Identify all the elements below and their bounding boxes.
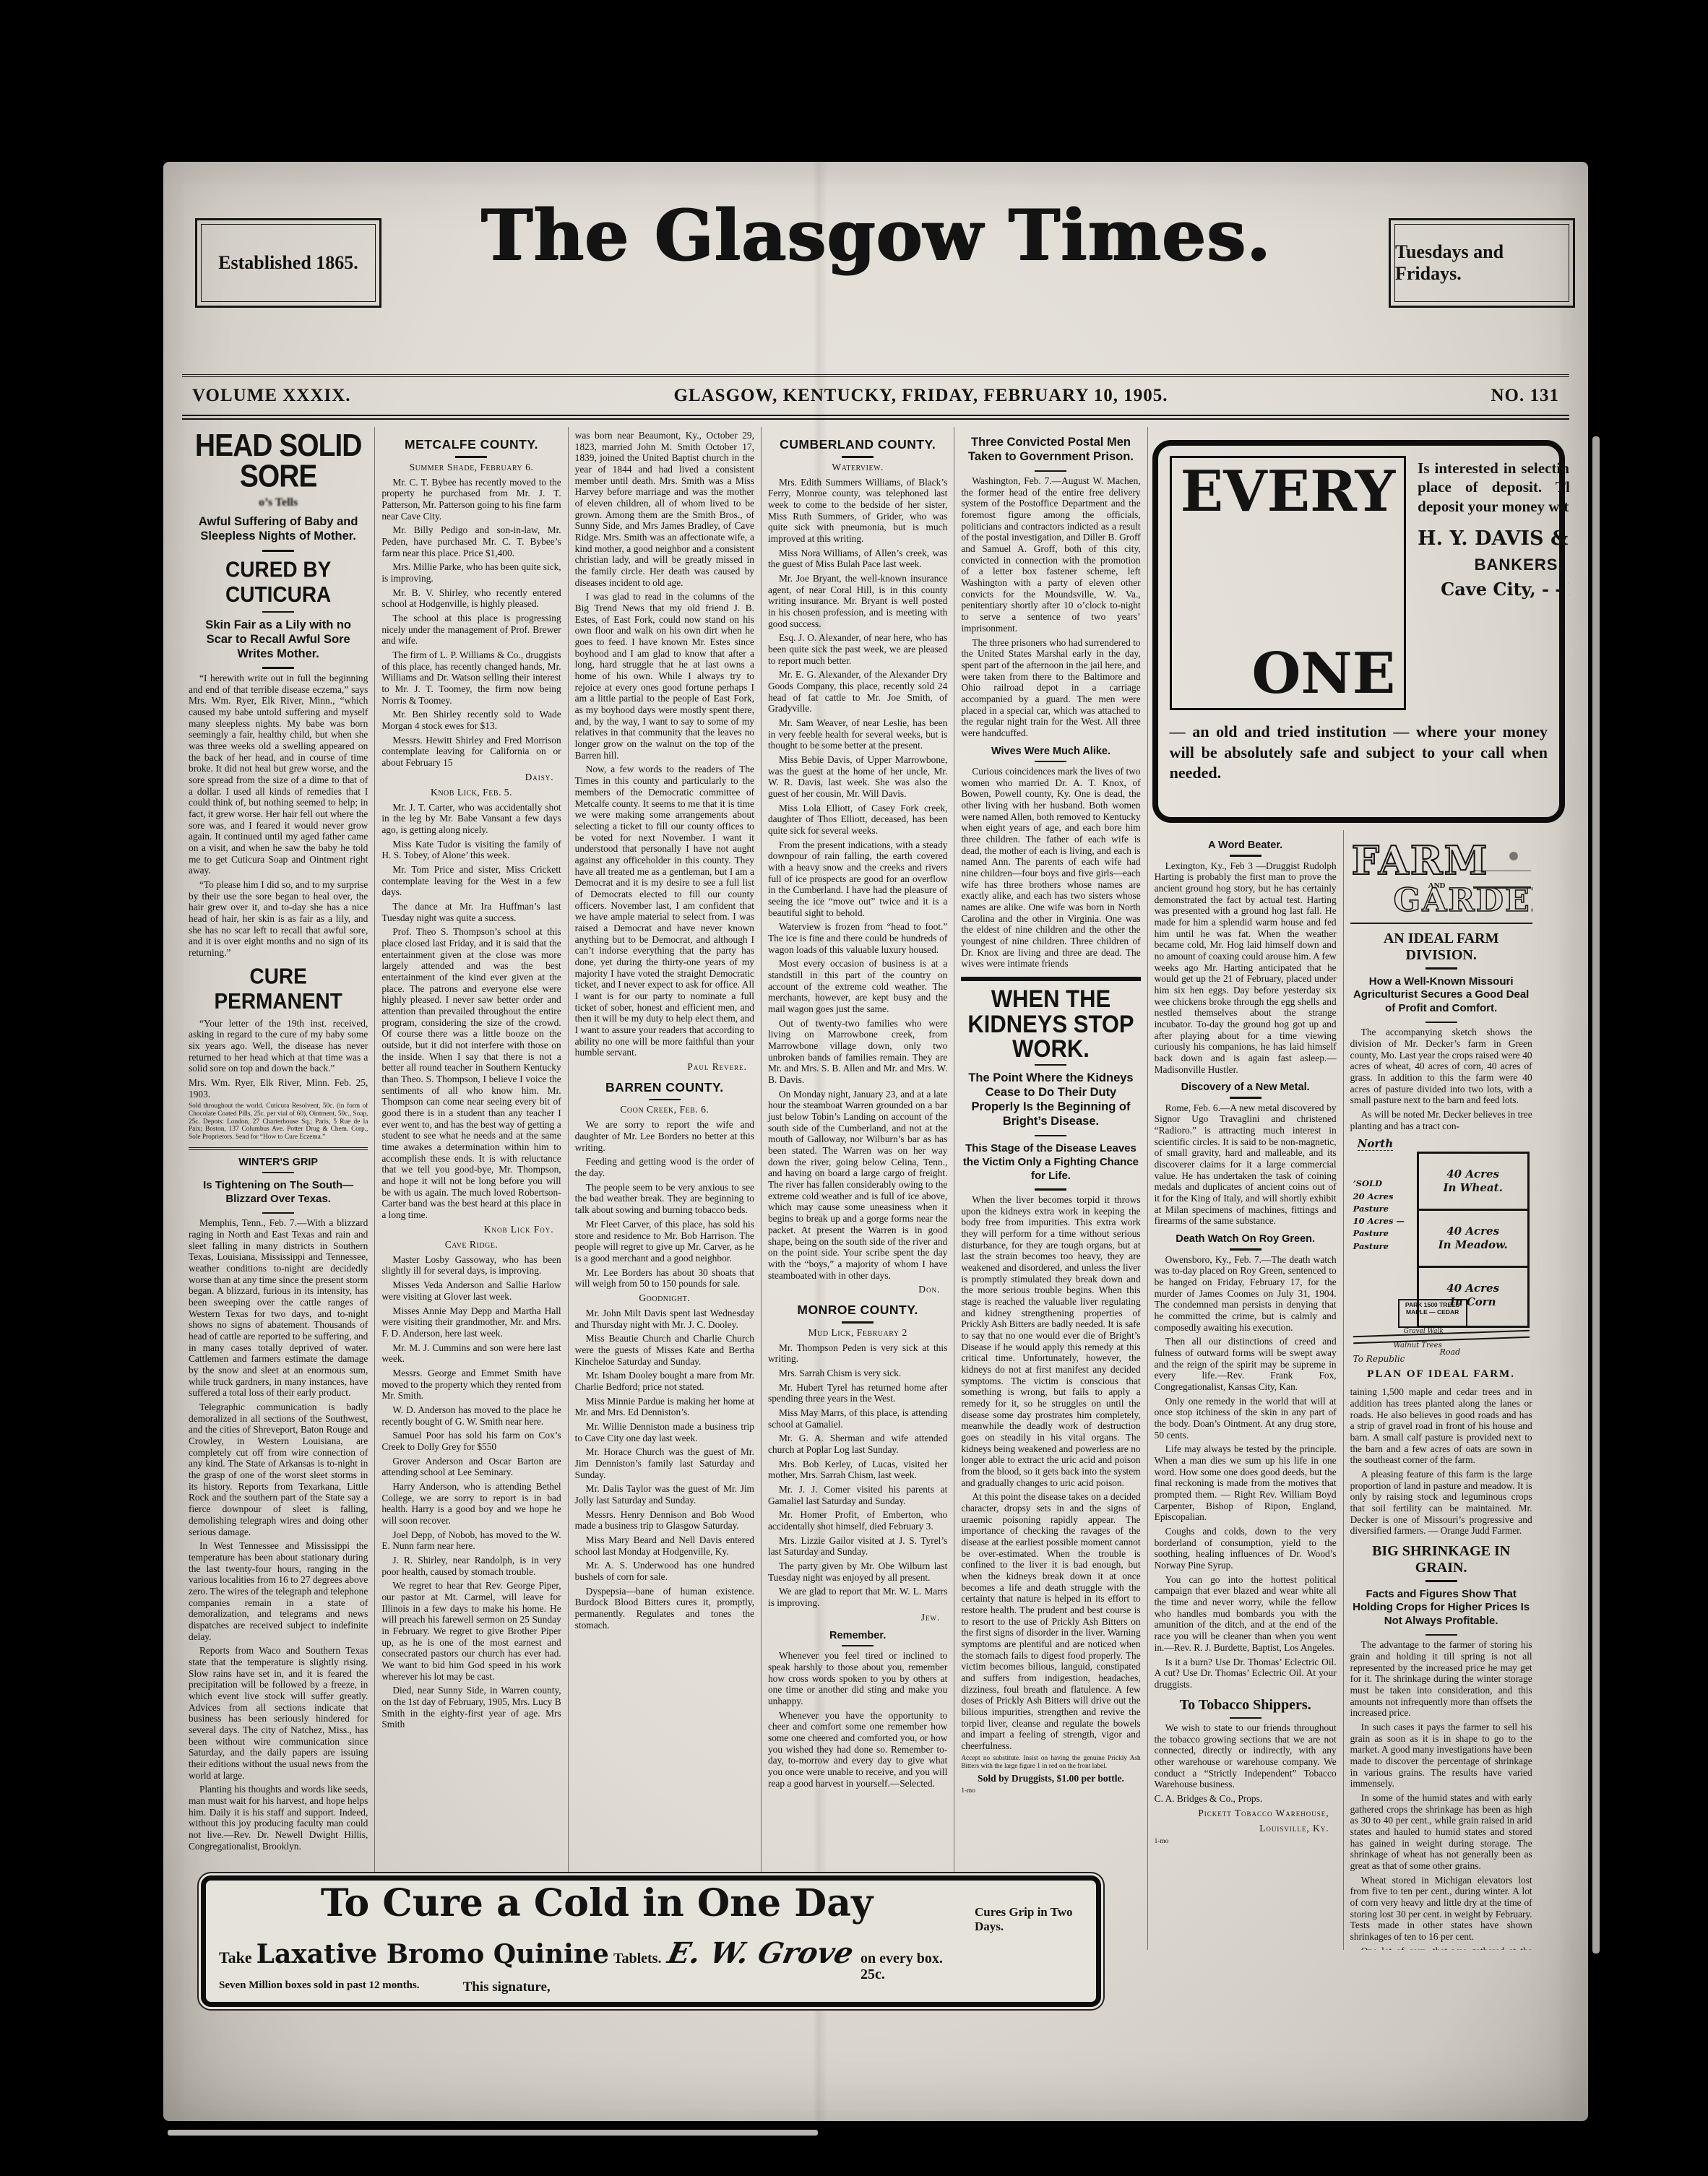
article-paragraph: Coughs and colds, down to the very borde… — [1155, 1526, 1337, 1571]
article-paragraph-continuation: Mrs. Wm. Ryer, Elk River, Minn. Feb. 25,… — [189, 1077, 368, 1100]
divider-dash — [1230, 1248, 1261, 1251]
community-dateline: Cave Ridge. — [381, 1239, 561, 1251]
bank-role: BANKERS, — [1418, 556, 1569, 574]
article-paragraph: Messrs. George and Emmet Smith have move… — [381, 1368, 561, 1402]
fine-print: Accept no substitute. Insist on having t… — [961, 1755, 1140, 1770]
meadow-field-acres: 40 Acres — [1446, 1225, 1499, 1239]
divider-dash — [842, 1645, 874, 1647]
park-trees-label: PARK 1500 TREES MAPLE — CEDAR — [1398, 1299, 1467, 1328]
article-paragraph: Mr. Dalis Taylor was the guest of Mr. Ji… — [575, 1483, 754, 1506]
article-paragraph: The advantage to the farmer of storing h… — [1350, 1639, 1532, 1719]
photographed-newspaper-page: { "masthead": { "established": "Establis… — [0, 0, 1708, 2176]
bromo-take: Take — [219, 1948, 252, 1967]
article-paragraph: From the present indications, with a ste… — [768, 839, 947, 919]
article-deck-secondary: This Stage of the Disease Leaves the Vic… — [962, 1142, 1139, 1183]
kidneys-ad-headline: WHEN THE KIDNEYS STOP WORK. — [961, 986, 1140, 1061]
article-paragraph: At this point the disease takes on a dec… — [961, 1491, 1140, 1751]
article-paragraph: Mr. C. T. Bybee has recently moved to th… — [381, 477, 561, 522]
correspondent-signature: Paul Revere. — [575, 1061, 754, 1073]
article-paragraph: Only one remedy in the world that will a… — [1155, 1396, 1337, 1441]
article-paragraph: Mr. G. A. Sherman and wife attended chur… — [768, 1433, 947, 1455]
article-paragraph: Joel Depp, of Nobob, has moved to the W.… — [381, 1529, 561, 1552]
county-section-heading: MONROE COUNTY. — [768, 1303, 947, 1318]
divider-dash — [1426, 967, 1457, 970]
bromo-price: on every box. 25c. — [861, 1951, 969, 1982]
county-section-heading: CUMBERLAND COUNTY. — [768, 437, 947, 452]
farm-word: FARM — [1352, 837, 1489, 884]
item-heading-serif: To Tobacco Shippers. — [1155, 1697, 1337, 1714]
gravel-walk-label: Gravel Walk — [1404, 1328, 1444, 1335]
article-paragraph: Miss May Marrs, of this place, is attend… — [768, 1407, 947, 1430]
masthead: Established 1865. The Glasgow Times. Tue… — [163, 162, 1588, 364]
bromo-row1: To Cure a Cold in One Day Cures Grip in … — [219, 1885, 1083, 1935]
to-republic-label: To Republic — [1353, 1354, 1405, 1364]
fine-print: 1-mo — [1155, 1838, 1337, 1846]
meadow-field: 40 AcresIn Meadow. — [1419, 1211, 1527, 1268]
bank-city: Cave City, - - Ky. — [1418, 579, 1569, 600]
article-paragraph: I was glad to read in the columns of the… — [575, 591, 754, 761]
farm-and-garden-masthead: FARMandGARDEN — [1350, 837, 1532, 924]
article-paragraph: Reports from Waco and Southern Texas sta… — [189, 1645, 368, 1781]
article-deck: Awful Suffering of Baby and Sleepless Ni… — [191, 515, 365, 544]
wheat-field: 40 AcresIn Wheat. — [1419, 1154, 1527, 1211]
article-serif-headline: AN IDEAL FARM DIVISION. — [1350, 931, 1532, 964]
bank-ad: EVERY ONE Is interested in selecting a s… — [1152, 440, 1565, 823]
article-paragraph-continuation: C. A. Bridges & Co., Props. — [1155, 1793, 1337, 1805]
article-paragraph: Memphis, Tenn., Feb. 7.—With a blizzard … — [189, 1217, 368, 1399]
article-paragraph: Misses Annie May Depp and Martha Hall we… — [381, 1305, 561, 1339]
issue-number: NO. 131 — [1491, 386, 1570, 406]
article-paragraph: Whenever you feel tired or inclined to s… — [768, 1650, 947, 1706]
article-paragraph: Messrs. Hewitt Shirley and Fred Morrison… — [381, 735, 561, 769]
article-paragraph: Misses Veda Anderson and Sallie Harlow w… — [381, 1279, 561, 1302]
bromo-seven-million: Seven Million boxes sold in past 12 mont… — [219, 1979, 420, 1995]
article-deck: Skin Fair as a Lily with no Scar to Reca… — [191, 618, 365, 661]
schedule-box: Tuesdays and Fridays. — [1389, 218, 1575, 308]
article-paragraph: One lot of corn, that was gathered at th… — [1350, 1946, 1532, 1950]
article-paragraph: A pleasing feature of this farm is the l… — [1350, 1469, 1532, 1537]
article-paragraph: The accompanying sketch shows the divisi… — [1350, 1027, 1532, 1106]
article-paragraph: Mrs. Lizzie Gailor visited at J. S. Tyre… — [768, 1535, 947, 1558]
divider-dash — [1035, 1064, 1066, 1066]
divider-dash — [262, 1172, 294, 1174]
column-7: FARMandGARDENAN IDEAL FARM DIVISION.How … — [1344, 830, 1539, 1950]
article-paragraph: Mrs. Sarrah Chism is very sick. — [768, 1368, 947, 1379]
community-dateline: Summer Shade, February 6. — [381, 462, 561, 473]
county-section-heading: BARREN COUNTY. — [575, 1080, 754, 1095]
page-edge-highlight — [1592, 436, 1600, 1953]
corn-field-acres: 40 Acres — [1446, 1282, 1499, 1296]
divider-dash — [1035, 1188, 1066, 1191]
issue-dateline: GLASGOW, KENTUCKY, FRIDAY, FEBRUARY 10, … — [350, 386, 1491, 406]
article-paragraph: Mr. Tom Price and sister, Miss Crickett … — [381, 864, 561, 898]
column-1: HEAD SOLID SOREo’s TellsAwful Suffering … — [182, 427, 375, 1950]
item-heading: A Word Beater. — [1155, 839, 1337, 851]
farm-sketch-icon — [1473, 843, 1531, 889]
road-label: Road — [1440, 1347, 1461, 1357]
article-paragraph: Mr. Billy Pedigo and son-in-law, Mr. Ped… — [381, 524, 561, 558]
right-section: EVERY ONE Is interested in selecting a s… — [1148, 427, 1569, 1950]
fine-print: 1-mo — [961, 1787, 1140, 1795]
article-paragraph: Lexington, Ky., Feb 3 —Druggist Rudolph … — [1155, 860, 1337, 1076]
article-paragraph: We wish to state to our friends througho… — [1155, 1722, 1337, 1790]
article-paragraph: Samuel Poor has sold his farm on Cox’s C… — [381, 1430, 561, 1452]
article-paragraph: Mr. Joe Bryant, the well-known insurance… — [768, 573, 947, 629]
divider-dash — [262, 1212, 294, 1214]
divider-dash — [1230, 1097, 1261, 1099]
article-paragraph: Now, a few words to the readers of The T… — [575, 764, 754, 1058]
community-dateline: Waterview. — [768, 462, 947, 473]
pasture-10-label: 10 Acres — Pasture — [1353, 1215, 1414, 1240]
article-paragraph: Harry Anderson, who is attending Bethel … — [381, 1481, 561, 1527]
established-label: Established 1865. — [201, 224, 376, 302]
item-heading: Death Watch On Roy Green. — [1155, 1233, 1337, 1245]
article-paragraph: We regret to hear that Rev. George Piper… — [381, 1580, 561, 1682]
divider-double-rule — [189, 1147, 368, 1150]
article-paragraph: Mr. J. T. Carter, who was accidentally s… — [381, 802, 561, 836]
article-paragraph: Miss Nora Williams, of Allen’s creek, wa… — [768, 548, 947, 570]
divider-dash — [1035, 761, 1066, 763]
divider-dash — [1035, 470, 1066, 472]
bold-note: Sold by Druggists, $1.00 per bottle. — [961, 1773, 1140, 1784]
article-paragraph: Whenever you have the opportunity to che… — [768, 1710, 947, 1789]
divider-dash — [1426, 1022, 1457, 1024]
article-paragraph: J. R. Shirley, near Randolph, is in very… — [381, 1555, 561, 1577]
bank-ad-top: EVERY ONE Is interested in selecting a s… — [1170, 456, 1548, 710]
article-paragraph: We are glad to report that Mr. W. L. Mar… — [768, 1586, 947, 1608]
bromo-quinine-ad: To Cure a Cold in One Day Cures Grip in … — [201, 1875, 1101, 2007]
divider-dash — [1230, 1717, 1261, 1719]
article-paragraph: As will be noted Mr. Decker believes in … — [1350, 1109, 1532, 1131]
article-paragraph: W. D. Anderson has moved to the place he… — [381, 1404, 561, 1427]
article-paragraph: Is it a burn? Use Dr. Thomas’ Eclectric … — [1155, 1657, 1337, 1691]
article-paragraph: Mr. E. G. Alexander, of the Alexander Dr… — [768, 669, 947, 714]
article-subheadline: CURE PERMANENT — [189, 964, 368, 1014]
column-5: Three Convicted Postal Men Taken to Gove… — [954, 427, 1147, 1950]
farm-plan-left-labels: ’SOLD20 Acres Pasture10 Acres — PastureP… — [1353, 1178, 1414, 1253]
article-paragraph: Miss Kate Tudor is visiting the family o… — [381, 839, 561, 861]
article-paragraph: Washington, Feb. 7.—August W. Machen, th… — [961, 475, 1140, 634]
article-headline: HEAD SOLID SORE — [189, 431, 368, 493]
article-paragraph: Miss Beautie Church and Charlie Church w… — [575, 1333, 754, 1367]
right-columns: A Word Beater.Lexington, Ky., Feb 3 —Dru… — [1148, 830, 1569, 1950]
bromo-title: To Cure a Cold in One Day — [219, 1885, 975, 1922]
bank-ad-everyone-box: EVERY ONE — [1170, 456, 1407, 710]
article-paragraph: Grover Anderson and Oscar Barton are att… — [381, 1456, 561, 1478]
article-paragraph: Mrs. Millie Parke, who has been quite si… — [381, 561, 561, 584]
article-deck-secondary: Facts and Figures Show That Holding Crop… — [1352, 1588, 1531, 1628]
item-heading: WINTER'S GRIP — [189, 1157, 368, 1168]
article-paragraph: Owensboro, Ky., Feb. 7.—The death watch … — [1155, 1254, 1337, 1334]
article-subheadline: CURED BY CUTICURA — [189, 557, 368, 607]
correspondent-signature: Pickett Tobacco Warehouse, — [1155, 1808, 1337, 1819]
article-paragraph: Mr. A. S. Underwood has one hundred bush… — [575, 1560, 754, 1582]
article-paragraph: The three prisoners who had surrendered … — [961, 637, 1140, 739]
article-paragraph: Died, near Sunny Side, in Warren county,… — [381, 1685, 561, 1730]
column-4: CUMBERLAND COUNTY.Waterview.Mrs. Edith S… — [762, 427, 954, 1950]
article-paragraph: Mr. Hubert Tyrel has returned home after… — [768, 1382, 947, 1404]
article-paragraph: The firm of L. P. Williams & Co., druggi… — [381, 649, 561, 706]
date-bar: VOLUME XXXIX. GLASGOW, KENTUCKY, FRIDAY,… — [182, 374, 1569, 420]
divider-dash — [1230, 855, 1261, 857]
divider-dash — [842, 1321, 874, 1324]
article-paragraph: In such cases it pays the farmer to sell… — [1350, 1722, 1532, 1789]
divider-dash — [649, 1099, 681, 1101]
article-paragraph: “Your letter of the 19th inst. received,… — [189, 1018, 368, 1074]
correspondent-signature: Don. — [768, 1284, 947, 1295]
correspondent-signature: Jew. — [768, 1612, 947, 1623]
community-dateline: Coon Creek, Feb. 6. — [575, 1104, 754, 1115]
article-paragraph: Master Losby Gassoway, who has been slig… — [381, 1254, 561, 1277]
article-paragraph: Planting his thoughts and words like see… — [189, 1784, 368, 1852]
article-paragraph: “I herewith write out in full the beginn… — [189, 673, 368, 876]
farm-plan-diagram: North40 AcresIn Wheat.40 AcresIn Meadow.… — [1353, 1136, 1530, 1365]
divider-dash — [262, 550, 294, 552]
article-paragraph: Then all our distinctions of creed and f… — [1155, 1336, 1337, 1392]
article-paragraph: Miss Lola Elliott, of Casey Fork creek, … — [768, 803, 947, 837]
article-paragraph: Curious coincidences mark the lives of t… — [961, 766, 1140, 970]
article-paragraph: The school at this place is progressing … — [381, 613, 561, 647]
farm-plan-caption: PLAN OF IDEAL FARM. — [1350, 1368, 1532, 1381]
bank-ad-word-one: ONE — [1181, 646, 1396, 702]
bromo-row2: Take Laxative Bromo Quinine Tablets. E. … — [219, 1936, 1083, 1982]
county-section-heading: METCALFE COUNTY. — [381, 437, 561, 452]
community-dateline: Mud Lick, February 2 — [768, 1327, 947, 1339]
article-paragraph: Mr. Sam Weaver, of near Leslie, has been… — [768, 717, 947, 751]
article-paragraph: Mrs. Edith Summers Williams, of Black’s … — [768, 477, 947, 545]
article-paragraph: You can go into the hottest political ca… — [1155, 1574, 1337, 1654]
divider-dash — [1035, 1135, 1066, 1137]
article-paragraph: The dance at Mr. Ira Huffman’s last Tues… — [381, 901, 561, 923]
bank-name: H. Y. DAVIS & CO., — [1418, 527, 1569, 550]
ink-smudge-text: o’s Tells — [189, 496, 368, 509]
community-dateline: Knob Lick, Feb. 5. — [381, 787, 561, 798]
page-edge-highlight-bottom — [168, 2130, 818, 2136]
article-paragraph: On Monday night, January 23, and at a la… — [768, 1089, 947, 1281]
article-paragraph: Esq. J. O. Alexander, of near here, who … — [768, 632, 947, 666]
column-2: METCALFE COUNTY.Summer Shade, February 6… — [375, 427, 568, 1950]
article-paragraph: Out of twenty-two families who were livi… — [768, 1018, 947, 1086]
bromo-tablets: Tablets. — [613, 1951, 662, 1967]
article-paragraph: Mr. Homer Profit, of Emberton, who accid… — [768, 1509, 947, 1532]
article-serif-headline: BIG SHRINKAGE IN GRAIN. — [1350, 1543, 1532, 1576]
bank-ad-copy: Is interested in selecting a safe place … — [1418, 456, 1569, 710]
article-paragraph: Wheat stored in Michigan elevators lost … — [1350, 1875, 1532, 1943]
article-paragraph: Mr. Thompson Peden is very sick at this … — [768, 1342, 947, 1365]
newspaper-page: Established 1865. The Glasgow Times. Tue… — [163, 162, 1588, 2121]
article-paragraph: Mr. Horace Church was the guest of Mr. J… — [575, 1446, 754, 1480]
article-paragraph: Telegraphic communication is badly demor… — [189, 1402, 368, 1537]
article-paragraph: The party given by Mr. Obe Wilburn last … — [768, 1560, 947, 1583]
article-paragraph: Messrs. Henry Dennison and Bob Wood made… — [575, 1509, 754, 1532]
community-dateline: Goodnight. — [575, 1292, 754, 1304]
bank-ad-word-every: EVERY — [1181, 464, 1396, 520]
schedule-label: Tuesdays and Fridays. — [1394, 224, 1569, 302]
sold-label: ’SOLD — [1353, 1178, 1414, 1190]
article-paragraph: In some of the humid states and with ear… — [1350, 1792, 1532, 1872]
divider-dash — [1426, 1580, 1457, 1582]
article-deck-secondary: How a Well-Known Missouri Agriculturist … — [1352, 975, 1531, 1016]
article-paragraph: Waterview is frozen from “head to foot.”… — [768, 921, 947, 955]
article-paragraph: Dyspepsia—bane of human existence. Burdo… — [575, 1586, 754, 1631]
article-deck-secondary: Is Tightening on The South—Blizzard Over… — [190, 1179, 366, 1206]
article-deck: The Point Where the Kidneys Cease to Do … — [964, 1071, 1137, 1128]
article-paragraph: Mr. Ben Shirley recently sold to Wade Mo… — [381, 709, 561, 731]
divider-dash — [842, 456, 874, 458]
grove-signature: E. W. Grove — [665, 1936, 856, 1970]
article-paragraph: Mr. M. J. Cummins and son were here last… — [381, 1342, 561, 1365]
article-deck: Three Convicted Postal Men Taken to Gove… — [964, 436, 1137, 465]
bank-ad-bottom: — an old and tried institution — where y… — [1170, 722, 1548, 784]
item-heading: Remember. — [768, 1630, 947, 1641]
column-grid: HEAD SOLID SOREo’s TellsAwful Suffering … — [182, 427, 1569, 1950]
north-arrow-label: North — [1358, 1137, 1393, 1151]
bromo-this-signature: This signature, — [463, 1979, 551, 1995]
correspondent-signature: Knob Lick Foy. — [381, 1224, 561, 1235]
article-paragraph: Most every occasion of business is at a … — [768, 958, 947, 1014]
article-paragraph: In West Tennessee and Mississippi the te… — [189, 1540, 368, 1642]
article-paragraph: “To please him I did so, and to my surpr… — [189, 879, 368, 959]
bank-ad-lead: Is interested in selecting a safe place … — [1418, 459, 1569, 516]
article-paragraph: Feeding and getting wood is the order of… — [575, 1156, 754, 1178]
article-paragraph: Mr Fleet Carver, of this place, has sold… — [575, 1219, 754, 1264]
wheat-field-acres: 40 Acres — [1446, 1167, 1499, 1182]
article-paragraph: Life may always be tested by the princip… — [1155, 1443, 1337, 1523]
bromo-product: Laxative Bromo Quinine — [256, 1941, 609, 1967]
article-paragraph-continuation: was born near Beaumont, Ky., October 29,… — [575, 430, 754, 588]
divider-dash — [262, 611, 294, 613]
article-paragraph: Mr. Willie Denniston made a business tri… — [575, 1421, 754, 1443]
fine-print: Sold throughout the world. Cuticura Reso… — [189, 1102, 368, 1141]
article-paragraph-continuation: taining 1,500 maple and cedar trees and … — [1350, 1386, 1532, 1466]
correspondent-signature: Daisy. — [381, 772, 561, 783]
article-paragraph: The people seem to be very anxious to se… — [575, 1182, 754, 1216]
article-paragraph: Mr. Isham Dooley bought a mare from Mr. … — [575, 1370, 754, 1392]
article-paragraph: Miss Bebie Davis, of Upper Marrowbone, w… — [768, 754, 947, 800]
bromo-grip-note: Cures Grip in Two Days. — [975, 1905, 1083, 1935]
article-paragraph: Mr. Lee Borders has about 30 shoats that… — [575, 1267, 754, 1290]
column-3: was born near Beaumont, Ky., October 29,… — [569, 427, 762, 1950]
article-paragraph: Miss Mary Beard and Nell Davis entered s… — [575, 1534, 754, 1557]
article-paragraph: Prof. Theo S. Thompson’s school at this … — [381, 926, 561, 1220]
article-paragraph: Mr. B. V. Shirley, who recently entered … — [381, 587, 561, 610]
article-paragraph: When the liver becomes torpid it throws … — [961, 1194, 1140, 1488]
item-heading: Wives Were Much Alike. — [961, 746, 1140, 757]
correspondent-signature: Louisville, Ky. — [1155, 1823, 1337, 1834]
divider-dash — [262, 667, 294, 669]
established-box: Established 1865. — [195, 218, 381, 308]
article-paragraph: Mr. J. J. Comer visited his parents at G… — [768, 1484, 947, 1506]
wheat-field-label: In Wheat. — [1443, 1181, 1502, 1196]
divider-dash — [455, 456, 487, 458]
article-paragraph: Rome, Feb. 6.—A new metal discovered by … — [1155, 1102, 1337, 1227]
pasture-20-label: 20 Acres Pasture — [1353, 1191, 1414, 1216]
article-paragraph: We are sorry to report the wife and daug… — [575, 1119, 754, 1153]
item-heading: Discovery of a New Metal. — [1155, 1081, 1337, 1093]
walnut-trees-label: Walnut Trees — [1394, 1342, 1442, 1350]
pasture-label: Pasture — [1353, 1240, 1414, 1253]
column-6: A Word Beater.Lexington, Ky., Feb 3 —Dru… — [1148, 830, 1344, 1950]
divider-dash — [1426, 1634, 1457, 1636]
article-paragraph: Mrs. Bob Kerley, of Lucas, visited her m… — [768, 1459, 947, 1481]
meadow-field-label: In Meadow. — [1439, 1238, 1508, 1253]
article-paragraph: Miss Minnie Pardue is making her home at… — [575, 1396, 754, 1418]
article-paragraph: Mr. John Milt Davis spent last Wednesday… — [575, 1308, 754, 1330]
volume-label: VOLUME XXXIX. — [182, 386, 350, 406]
divider-heavy-rule — [961, 977, 1140, 981]
